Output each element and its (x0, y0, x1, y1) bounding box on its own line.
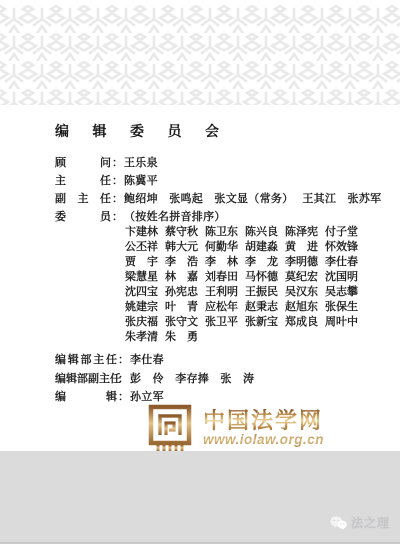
member-name: 莫纪宏 (285, 270, 325, 285)
member-name: 吴志攀 (325, 285, 365, 300)
editorial-dept-section: 编辑部主任：李仕春编辑部副主任：彭 伶 李存捧 张 涛编辑：孙立军 (55, 351, 385, 407)
member-name: 王利明 (205, 285, 245, 300)
member-name: 李 浩 (165, 255, 205, 270)
member-name: 卞建林 (125, 225, 165, 240)
member-name: 黄 进 (285, 240, 325, 255)
member-name: 马怀德 (245, 270, 285, 285)
site-logo: 中国法学网 www.iolaw.org.cn (146, 404, 324, 452)
colon: ： (111, 208, 124, 226)
colon: ： (117, 351, 130, 370)
role-row: 编辑部副主任：彭 伶 李存捧 张 涛 (55, 370, 385, 389)
committee-row: 贾 宇李 浩李 林李 龙李明德李仕春 (125, 255, 365, 270)
role-row: 顾问：王乐泉 (55, 154, 385, 172)
member-name: 叶 青 (165, 300, 205, 315)
member-name: 沈国明 (325, 270, 365, 285)
footer-bar: 法之理 (0, 451, 400, 544)
role-row: 编辑部主任：李仕春 (55, 351, 385, 370)
logo-text: 中国法学网 www.iolaw.org.cn (203, 409, 324, 447)
member-name: 刘春田 (205, 270, 245, 285)
member-name: 张卫平 (205, 315, 245, 330)
colon: ： (117, 370, 130, 389)
role-label: 委员 (55, 208, 111, 226)
member-name: 怀效锋 (325, 240, 365, 255)
member-name: 梁慧星 (125, 270, 165, 285)
committee-grid: 卞建林蔡守秋陈卫东陈兴良陈泽宪付子堂公丕祥韩大元何勤华胡建淼黄 进怀效锋贾 宇李… (125, 225, 365, 345)
role-row: 委员：（按姓名拼音排序） (55, 208, 385, 226)
member-name: 韩大元 (165, 240, 205, 255)
member-name: 沈四宝 (125, 285, 165, 300)
committee-row: 姚建宗叶 青应松年赵秉志赵旭东张保生 (125, 300, 365, 315)
member-name: 李明德 (285, 255, 325, 270)
member-name: 孙宪忠 (165, 285, 205, 300)
role-value: 陈冀平 (124, 172, 158, 190)
role-value: 彭 伶 李存捧 张 涛 (130, 370, 254, 389)
member-name: 付子堂 (325, 225, 365, 240)
member-name: 陈兴良 (245, 225, 285, 240)
wechat-icon (330, 516, 347, 530)
member-name: 李仕春 (325, 255, 365, 270)
member-name: 张保生 (325, 300, 365, 315)
role-row: 主任：陈冀平 (55, 172, 385, 190)
page-title: 编 辑 委 员 会 (55, 121, 229, 141)
role-label: 编辑 (55, 388, 117, 407)
member-name: 吴汉东 (285, 285, 325, 300)
colon: ： (111, 172, 124, 190)
member-name: 贾 宇 (125, 255, 165, 270)
committee-row: 梁慧星林 嘉刘春田马怀德莫纪宏沈国明 (125, 270, 365, 285)
role-row: 副主任：鲍绍坤 张鸣起 张文显（常务） 王其江 张苏军 (55, 190, 385, 208)
watermark: 法之理 (330, 514, 390, 531)
committee-row: 公丕祥韩大元何勤华胡建淼黄 进怀效锋 (125, 240, 365, 255)
colon: ： (117, 388, 130, 407)
role-value: 鲍绍坤 张鸣起 张文显（常务） 王其江 张苏军 (124, 190, 381, 208)
member-name: 陈卫东 (205, 225, 245, 240)
member-name: 赵秉志 (245, 300, 285, 315)
role-value: 李仕春 (130, 351, 164, 370)
site-url: www.iolaw.org.cn (203, 432, 324, 447)
member-name: 郑成良 (285, 315, 325, 330)
colon: ： (111, 154, 124, 172)
role-label: 顾问 (55, 154, 111, 172)
member-name: 赵旭东 (285, 300, 325, 315)
member-name: 胡建淼 (245, 240, 285, 255)
colon: ： (111, 190, 124, 208)
member-name: 王振民 (245, 285, 285, 300)
member-name: 张新宝 (245, 315, 285, 330)
member-name: 李 龙 (245, 255, 285, 270)
member-name: 姚建宗 (125, 300, 165, 315)
roles-section: 顾问：王乐泉主任：陈冀平副主任：鲍绍坤 张鸣起 张文显（常务） 王其江 张苏军委… (55, 154, 385, 226)
member-name: 张庆福 (125, 315, 165, 330)
role-label: 编辑部主任 (55, 351, 117, 370)
cls-logo-icon (146, 404, 194, 452)
header-pattern (0, 5, 400, 105)
member-name: 公丕祥 (125, 240, 165, 255)
member-name: 何勤华 (205, 240, 245, 255)
role-label: 副主任 (55, 190, 111, 208)
committee-row: 卞建林蔡守秋陈卫东陈兴良陈泽宪付子堂 (125, 225, 365, 240)
member-name: 周叶中 (325, 315, 365, 330)
committee-row: 张庆福张守文张卫平张新宝郑成良周叶中 (125, 315, 365, 330)
member-name: 张守文 (165, 315, 205, 330)
role-label: 编辑部副主任 (55, 370, 117, 389)
role-value: 王乐泉 (124, 154, 158, 172)
role-label: 主任 (55, 172, 111, 190)
member-name: 朱孝清 (125, 330, 165, 345)
committee-row: 沈四宝孙宪忠王利明王振民吴汉东吴志攀 (125, 285, 365, 300)
watermark-text: 法之理 (351, 514, 390, 531)
member-name: 应松年 (205, 300, 245, 315)
role-value: （按姓名拼音排序） (124, 208, 226, 226)
member-name: 蔡守秋 (165, 225, 205, 240)
member-name: 李 林 (205, 255, 245, 270)
committee-row: 朱孝清朱 勇 (125, 330, 365, 345)
member-name: 林 嘉 (165, 270, 205, 285)
member-name: 陈泽宪 (285, 225, 325, 240)
site-name: 中国法学网 (203, 409, 324, 432)
member-name: 朱 勇 (165, 330, 205, 345)
document-page: 编 辑 委 员 会 顾问：王乐泉主任：陈冀平副主任：鲍绍坤 张鸣起 张文显（常务… (0, 0, 400, 544)
